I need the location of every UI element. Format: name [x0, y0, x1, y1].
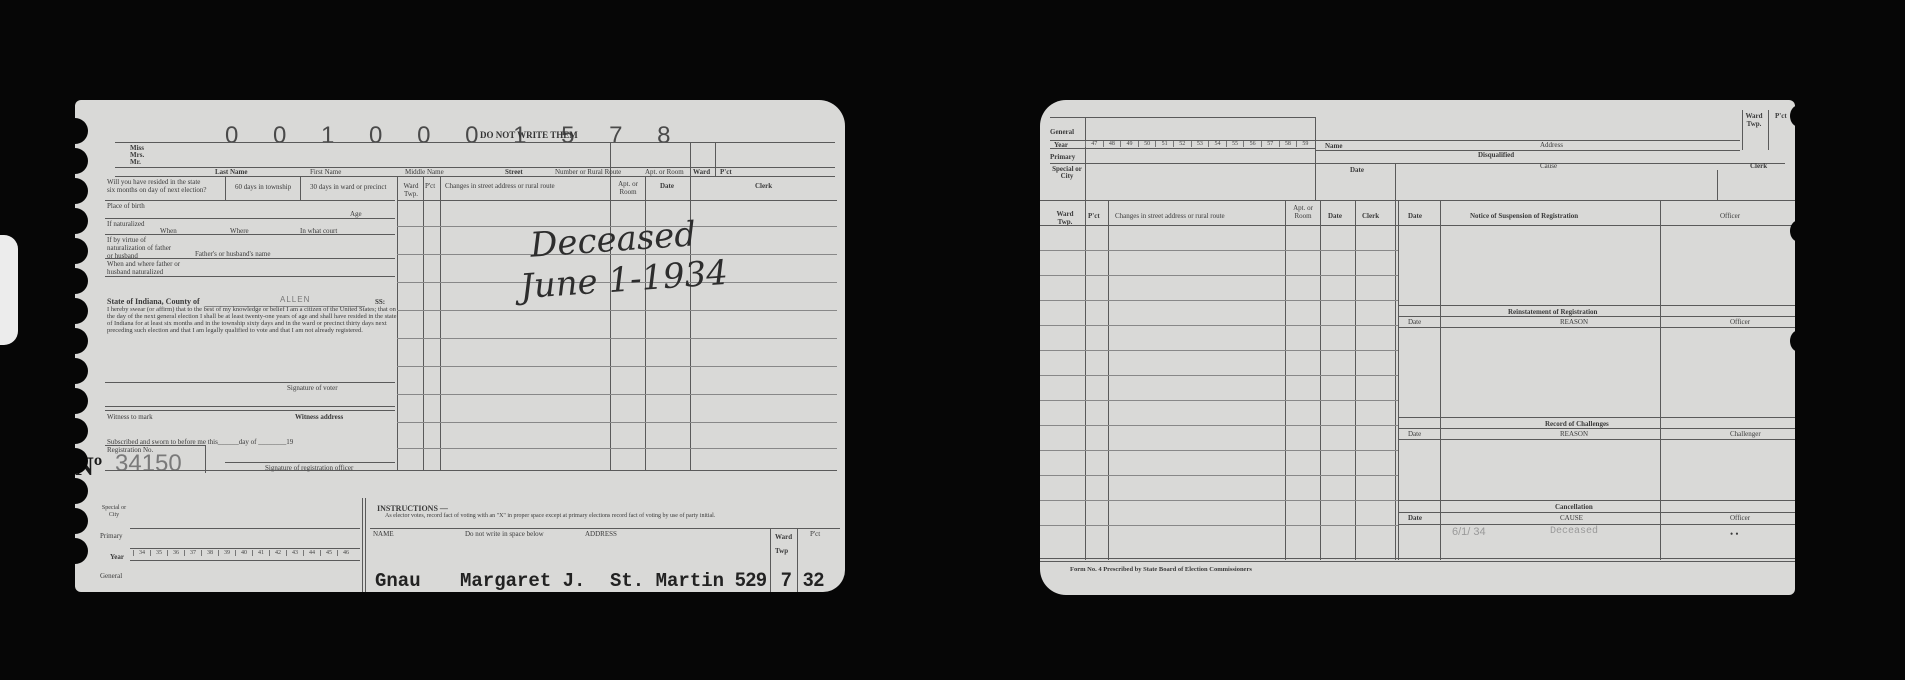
year-cell: 51 [1155, 141, 1173, 147]
year-cell: 55 [1226, 141, 1244, 147]
scallop-edge [62, 478, 88, 504]
year-cell: 34 [133, 550, 150, 556]
instructions-title: INSTRUCTIONS — [377, 505, 448, 513]
back-header-suspension: Notice of Suspension of Registration [1470, 212, 1578, 220]
left-edge-blob [0, 235, 18, 345]
back-grid-primary: Primary [1050, 153, 1075, 161]
footer-address: ADDRESS [585, 530, 617, 538]
grid-label-special: Special or City [100, 505, 128, 519]
back-header-clerk: Clerk [1362, 212, 1379, 220]
label-naturalized: If naturalized [107, 220, 157, 228]
scallop-edge [62, 298, 88, 324]
typed-ward: 7 [781, 570, 792, 592]
year-cell: 37 [184, 550, 201, 556]
grid-label-general: General [100, 572, 122, 580]
back-grid-special: Special or City [1052, 166, 1082, 180]
scallop-edge [62, 328, 88, 354]
header-date: Date [660, 182, 674, 190]
back-header-date: Date [1328, 212, 1342, 220]
back-label-pct: P'ct [1775, 112, 1787, 120]
cancel-date-value: 6/1/ 34 [1452, 528, 1486, 536]
scallop-edge [62, 178, 88, 204]
back-grid-year: Year [1054, 141, 1068, 149]
cancel-cause-value: Deceased [1550, 528, 1598, 536]
back-header-susp-date: Date [1408, 212, 1422, 220]
label-virtue: If by virtue of naturalization of father… [107, 236, 177, 260]
scallop-edge [62, 358, 88, 384]
scallop-edge [1790, 330, 1808, 352]
scallop-edge [62, 538, 88, 564]
year-cell: 57 [1261, 141, 1279, 147]
year-cell: 52 [1173, 141, 1191, 147]
footer-ward-twp: Ward Twp [775, 530, 795, 558]
back-label-ward-twp: Ward Twp. [1743, 112, 1765, 128]
instructions-text: As elector votes, record fact of voting … [385, 513, 825, 520]
challenges-date: Date [1408, 430, 1421, 438]
label-when-where: When and where father or husband natural… [107, 260, 197, 276]
year-cell: 53 [1191, 141, 1209, 147]
challenges-title: Record of Challenges [1545, 420, 1609, 428]
year-cell: 43 [286, 550, 303, 556]
label-witness-mark: Witness to mark [107, 413, 153, 421]
cancellation-cause: CAUSE [1560, 514, 1583, 522]
year-cell: 47 [1085, 141, 1103, 147]
scallop-edge [62, 418, 88, 444]
year-cell: 49 [1120, 141, 1138, 147]
back-label-name: Name [1325, 142, 1343, 150]
back-label-date: Date [1350, 166, 1364, 174]
year-cell: 56 [1243, 141, 1261, 147]
header-clerk: Clerk [755, 182, 772, 190]
card-front: 0 0 1 0 0 0 1 5 7 8 DO NOT WRITE THEM Mi… [75, 100, 845, 592]
footer-pct: P'ct [810, 530, 820, 538]
year-cell: 38 [201, 550, 218, 556]
back-label-clerk: Clerk [1750, 162, 1767, 170]
back-header-apt-room: Apt. or Room [1288, 204, 1318, 220]
label-witness-address: Witness address [295, 413, 343, 421]
vote-years-back: 47 48 49 50 51 52 53 54 55 56 57 58 59 [1085, 141, 1314, 147]
cancel-officer-value: • • [1730, 530, 1739, 538]
serial-number: 0 0 1 0 0 0 1 5 7 8 [225, 122, 685, 150]
scallop-edge [62, 208, 88, 234]
label-age: Age [350, 210, 362, 218]
card-back: General Year Primary Special or City 47 … [1040, 100, 1795, 595]
cancellation-title: Cancellation [1555, 503, 1593, 511]
challenges-challenger: Challenger [1730, 430, 1761, 438]
oath-text: I hereby swear (or affirm) that to the b… [107, 306, 397, 334]
back-header-susp-officer: Officer [1720, 212, 1740, 220]
salutation-mr: Mr. [130, 158, 141, 166]
reinstatement-title: Reinstatement of Registration [1508, 308, 1597, 316]
year-cell: 46 [337, 550, 354, 556]
year-cell: 36 [167, 550, 184, 556]
residency-question: Will you have resided in the state six m… [107, 178, 207, 194]
label-number-route: Number or Rural Route [555, 168, 621, 176]
vote-years-front: 34 35 36 37 38 39 40 41 42 43 44 45 46 [133, 550, 354, 556]
year-cell: 39 [218, 550, 235, 556]
back-grid-general: General [1050, 128, 1074, 136]
label-street: Street [505, 168, 523, 176]
label-apt-room: Apt. or Room [645, 168, 684, 176]
residency-60-days: 60 days in township [235, 183, 295, 191]
oath-state: State of Indiana, County of [107, 298, 200, 306]
scallop-edge [62, 268, 88, 294]
residency-30-days: 30 days in ward or precinct [310, 183, 390, 191]
year-cell: 54 [1208, 141, 1226, 147]
header-changes-address: Changes in street address or rural route [445, 182, 555, 190]
year-cell: 48 [1103, 141, 1121, 147]
typed-number: 529 [735, 570, 767, 592]
back-header-pct: P'ct [1088, 212, 1100, 220]
grid-label-primary: Primary [100, 532, 123, 540]
label-place-of-birth: Place of birth [107, 202, 147, 210]
header-apt-room: Apt. or Room [613, 180, 643, 196]
county-value: ALLEN [280, 296, 310, 304]
scallop-edge [62, 508, 88, 534]
registration-number: 34150 [115, 450, 182, 478]
year-cell: 44 [303, 550, 320, 556]
year-cell: 40 [235, 550, 252, 556]
typed-first-name: Margaret J. [460, 570, 585, 592]
challenges-reason: REASON [1560, 430, 1588, 438]
back-label-cause: Cause [1540, 162, 1557, 170]
cancellation-date: Date [1408, 514, 1422, 522]
label-father-name: Father's or husband's name [195, 250, 270, 258]
scallop-edge [62, 388, 88, 414]
back-header-ward-twp: Ward Twp. [1050, 210, 1080, 226]
typed-street: St. Martin [610, 570, 724, 592]
form-footer: Form No. 4 Prescribed by State Board of … [1070, 566, 1252, 574]
year-cell: 42 [269, 550, 286, 556]
ss-label: SS: [375, 298, 385, 306]
do-not-write-note: DO NOT WRITE THEM [480, 130, 578, 140]
footer-name: NAME [373, 530, 394, 538]
reinstatement-officer: Officer [1730, 318, 1750, 326]
back-label-disqualified: Disqualified [1478, 151, 1514, 159]
scallop-edge [1790, 220, 1808, 242]
year-cell: 50 [1138, 141, 1156, 147]
typed-pct: 32 [803, 570, 824, 592]
scallop-edge [62, 448, 88, 474]
scallop-edge [1790, 105, 1808, 127]
label-first-name: First Name [310, 168, 341, 176]
label-middle-name: Middle Name [405, 168, 444, 176]
cancellation-officer: Officer [1730, 514, 1750, 522]
year-cell: 41 [252, 550, 269, 556]
year-cell: 45 [320, 550, 337, 556]
header-pct: P'ct [425, 182, 435, 190]
scallop-edge [62, 238, 88, 264]
reinstatement-reason: REASON [1560, 318, 1588, 326]
year-cell: 35 [150, 550, 167, 556]
grid-label-year: Year [110, 553, 124, 561]
year-cell: 59 [1296, 141, 1314, 147]
reinstatement-date: Date [1408, 318, 1421, 326]
back-header-changes: Changes in street address or rural route [1115, 212, 1225, 220]
label-ward: Ward [693, 168, 710, 176]
scallop-edge [62, 148, 88, 174]
label-last-name: Last Name [215, 168, 247, 176]
label-signature-voter: Signature of voter [287, 384, 338, 392]
label-pct: P'ct [720, 168, 732, 176]
typed-last-name: Gnau [375, 570, 421, 592]
header-ward-twp: Ward Twp. [401, 182, 421, 198]
back-label-address: Address [1540, 141, 1563, 149]
year-cell: 58 [1279, 141, 1297, 147]
footer-do-not-write: Do not write in space below [465, 530, 544, 538]
scallop-edge [62, 118, 88, 144]
